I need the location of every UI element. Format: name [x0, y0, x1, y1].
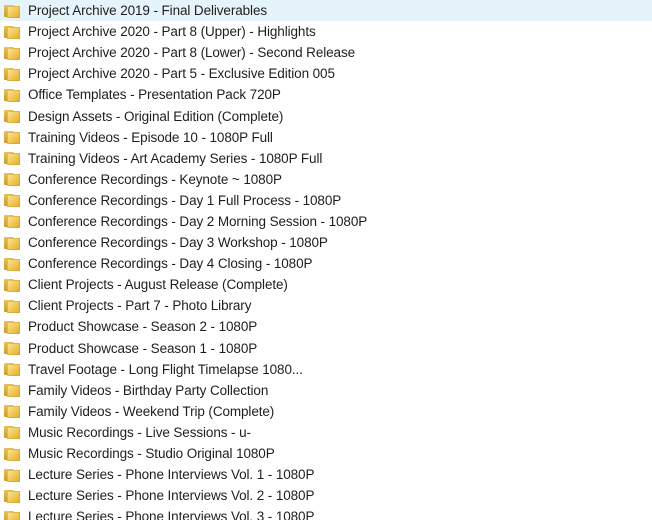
- folder-icon: [4, 193, 20, 207]
- folder-name: Conference Recordings - Day 2 Morning Se…: [28, 214, 367, 229]
- folder-icon: [4, 362, 20, 376]
- folder-name: Family Videos - Birthday Party Collectio…: [28, 383, 268, 398]
- folder-name: Music Recordings - Live Sessions - u-: [28, 425, 251, 440]
- folder-icon: [4, 46, 20, 60]
- folder-icon: [4, 278, 20, 292]
- folder-item[interactable]: Family Videos - Birthday Party Collectio…: [0, 380, 652, 401]
- folder-icon: [4, 25, 20, 39]
- folder-icon: [4, 383, 20, 397]
- folder-name: Training Videos - Episode 10 - 1080P Ful…: [28, 130, 273, 145]
- folder-item[interactable]: Product Showcase - Season 1 - 1080P: [0, 338, 652, 359]
- folder-item[interactable]: Lecture Series - Phone Interviews Vol. 3…: [0, 506, 652, 520]
- folder-item[interactable]: Training Videos - Art Academy Series - 1…: [0, 148, 652, 169]
- folder-item[interactable]: Design Assets - Original Edition (Comple…: [0, 105, 652, 126]
- folder-icon: [4, 320, 20, 334]
- folder-icon: [4, 172, 20, 186]
- folder-icon: [4, 447, 20, 461]
- folder-name: Project Archive 2019 - Final Deliverable…: [28, 3, 267, 18]
- folder-name: Client Projects - Part 7 - Photo Library: [28, 298, 251, 313]
- folder-item[interactable]: Conference Recordings - Day 3 Workshop -…: [0, 232, 652, 253]
- folder-name: Product Showcase - Season 2 - 1080P: [28, 319, 257, 334]
- folder-name: Product Showcase - Season 1 - 1080P: [28, 341, 257, 356]
- folder-item[interactable]: Music Recordings - Live Sessions - u-: [0, 422, 652, 443]
- file-list: Project Archive 2019 - Final Deliverable…: [0, 0, 652, 520]
- folder-icon: [4, 151, 20, 165]
- folder-icon: [4, 109, 20, 123]
- folder-name: Project Archive 2020 - Part 8 (Upper) - …: [28, 24, 316, 39]
- folder-item[interactable]: Travel Footage - Long Flight Timelapse 1…: [0, 359, 652, 380]
- folder-item[interactable]: Product Showcase - Season 2 - 1080P: [0, 316, 652, 337]
- folder-icon: [4, 341, 20, 355]
- folder-icon: [4, 67, 20, 81]
- folder-item[interactable]: Project Archive 2020 - Part 8 (Lower) - …: [0, 42, 652, 63]
- folder-item[interactable]: Family Videos - Weekend Trip (Complete): [0, 401, 652, 422]
- folder-icon: [4, 88, 20, 102]
- folder-name: Travel Footage - Long Flight Timelapse 1…: [28, 362, 303, 377]
- folder-item[interactable]: Client Projects - Part 7 - Photo Library: [0, 295, 652, 316]
- folder-item[interactable]: Office Templates - Presentation Pack 720…: [0, 84, 652, 105]
- folder-item[interactable]: Lecture Series - Phone Interviews Vol. 1…: [0, 464, 652, 485]
- folder-item[interactable]: Conference Recordings - Keynote ~ 1080P: [0, 169, 652, 190]
- folder-name: Training Videos - Art Academy Series - 1…: [28, 151, 322, 166]
- folder-icon: [4, 130, 20, 144]
- folder-name: Lecture Series - Phone Interviews Vol. 2…: [28, 488, 314, 503]
- folder-name: Design Assets - Original Edition (Comple…: [28, 109, 283, 124]
- folder-item[interactable]: Conference Recordings - Day 1 Full Proce…: [0, 190, 652, 211]
- folder-icon: [4, 510, 20, 520]
- folder-name: Client Projects - August Release (Comple…: [28, 277, 288, 292]
- folder-item[interactable]: Conference Recordings - Day 2 Morning Se…: [0, 211, 652, 232]
- folder-icon: [4, 425, 20, 439]
- folder-icon: [4, 404, 20, 418]
- folder-item[interactable]: Music Recordings - Studio Original 1080P: [0, 443, 652, 464]
- folder-icon: [4, 257, 20, 271]
- folder-item[interactable]: Client Projects - August Release (Comple…: [0, 274, 652, 295]
- folder-name: Project Archive 2020 - Part 8 (Lower) - …: [28, 45, 355, 60]
- folder-icon: [4, 299, 20, 313]
- folder-name: Music Recordings - Studio Original 1080P: [28, 446, 275, 461]
- folder-name: Project Archive 2020 - Part 5 - Exclusiv…: [28, 66, 335, 81]
- folder-icon: [4, 236, 20, 250]
- folder-item[interactable]: Project Archive 2020 - Part 8 (Upper) - …: [0, 21, 652, 42]
- folder-name: Family Videos - Weekend Trip (Complete): [28, 404, 274, 419]
- folder-name: Office Templates - Presentation Pack 720…: [28, 87, 281, 102]
- folder-icon: [4, 468, 20, 482]
- folder-icon: [4, 489, 20, 503]
- folder-name: Conference Recordings - Day 3 Workshop -…: [28, 235, 328, 250]
- folder-name: Conference Recordings - Keynote ~ 1080P: [28, 172, 282, 187]
- folder-icon: [4, 4, 20, 18]
- folder-item[interactable]: Project Archive 2019 - Final Deliverable…: [0, 0, 652, 21]
- folder-item[interactable]: Lecture Series - Phone Interviews Vol. 2…: [0, 485, 652, 506]
- folder-item[interactable]: Project Archive 2020 - Part 5 - Exclusiv…: [0, 63, 652, 84]
- folder-name: Lecture Series - Phone Interviews Vol. 1…: [28, 467, 314, 482]
- folder-item[interactable]: Conference Recordings - Day 4 Closing - …: [0, 253, 652, 274]
- folder-icon: [4, 214, 20, 228]
- folder-name: Lecture Series - Phone Interviews Vol. 3…: [28, 509, 314, 520]
- folder-name: Conference Recordings - Day 4 Closing - …: [28, 256, 312, 271]
- folder-item[interactable]: Training Videos - Episode 10 - 1080P Ful…: [0, 127, 652, 148]
- folder-name: Conference Recordings - Day 1 Full Proce…: [28, 193, 341, 208]
